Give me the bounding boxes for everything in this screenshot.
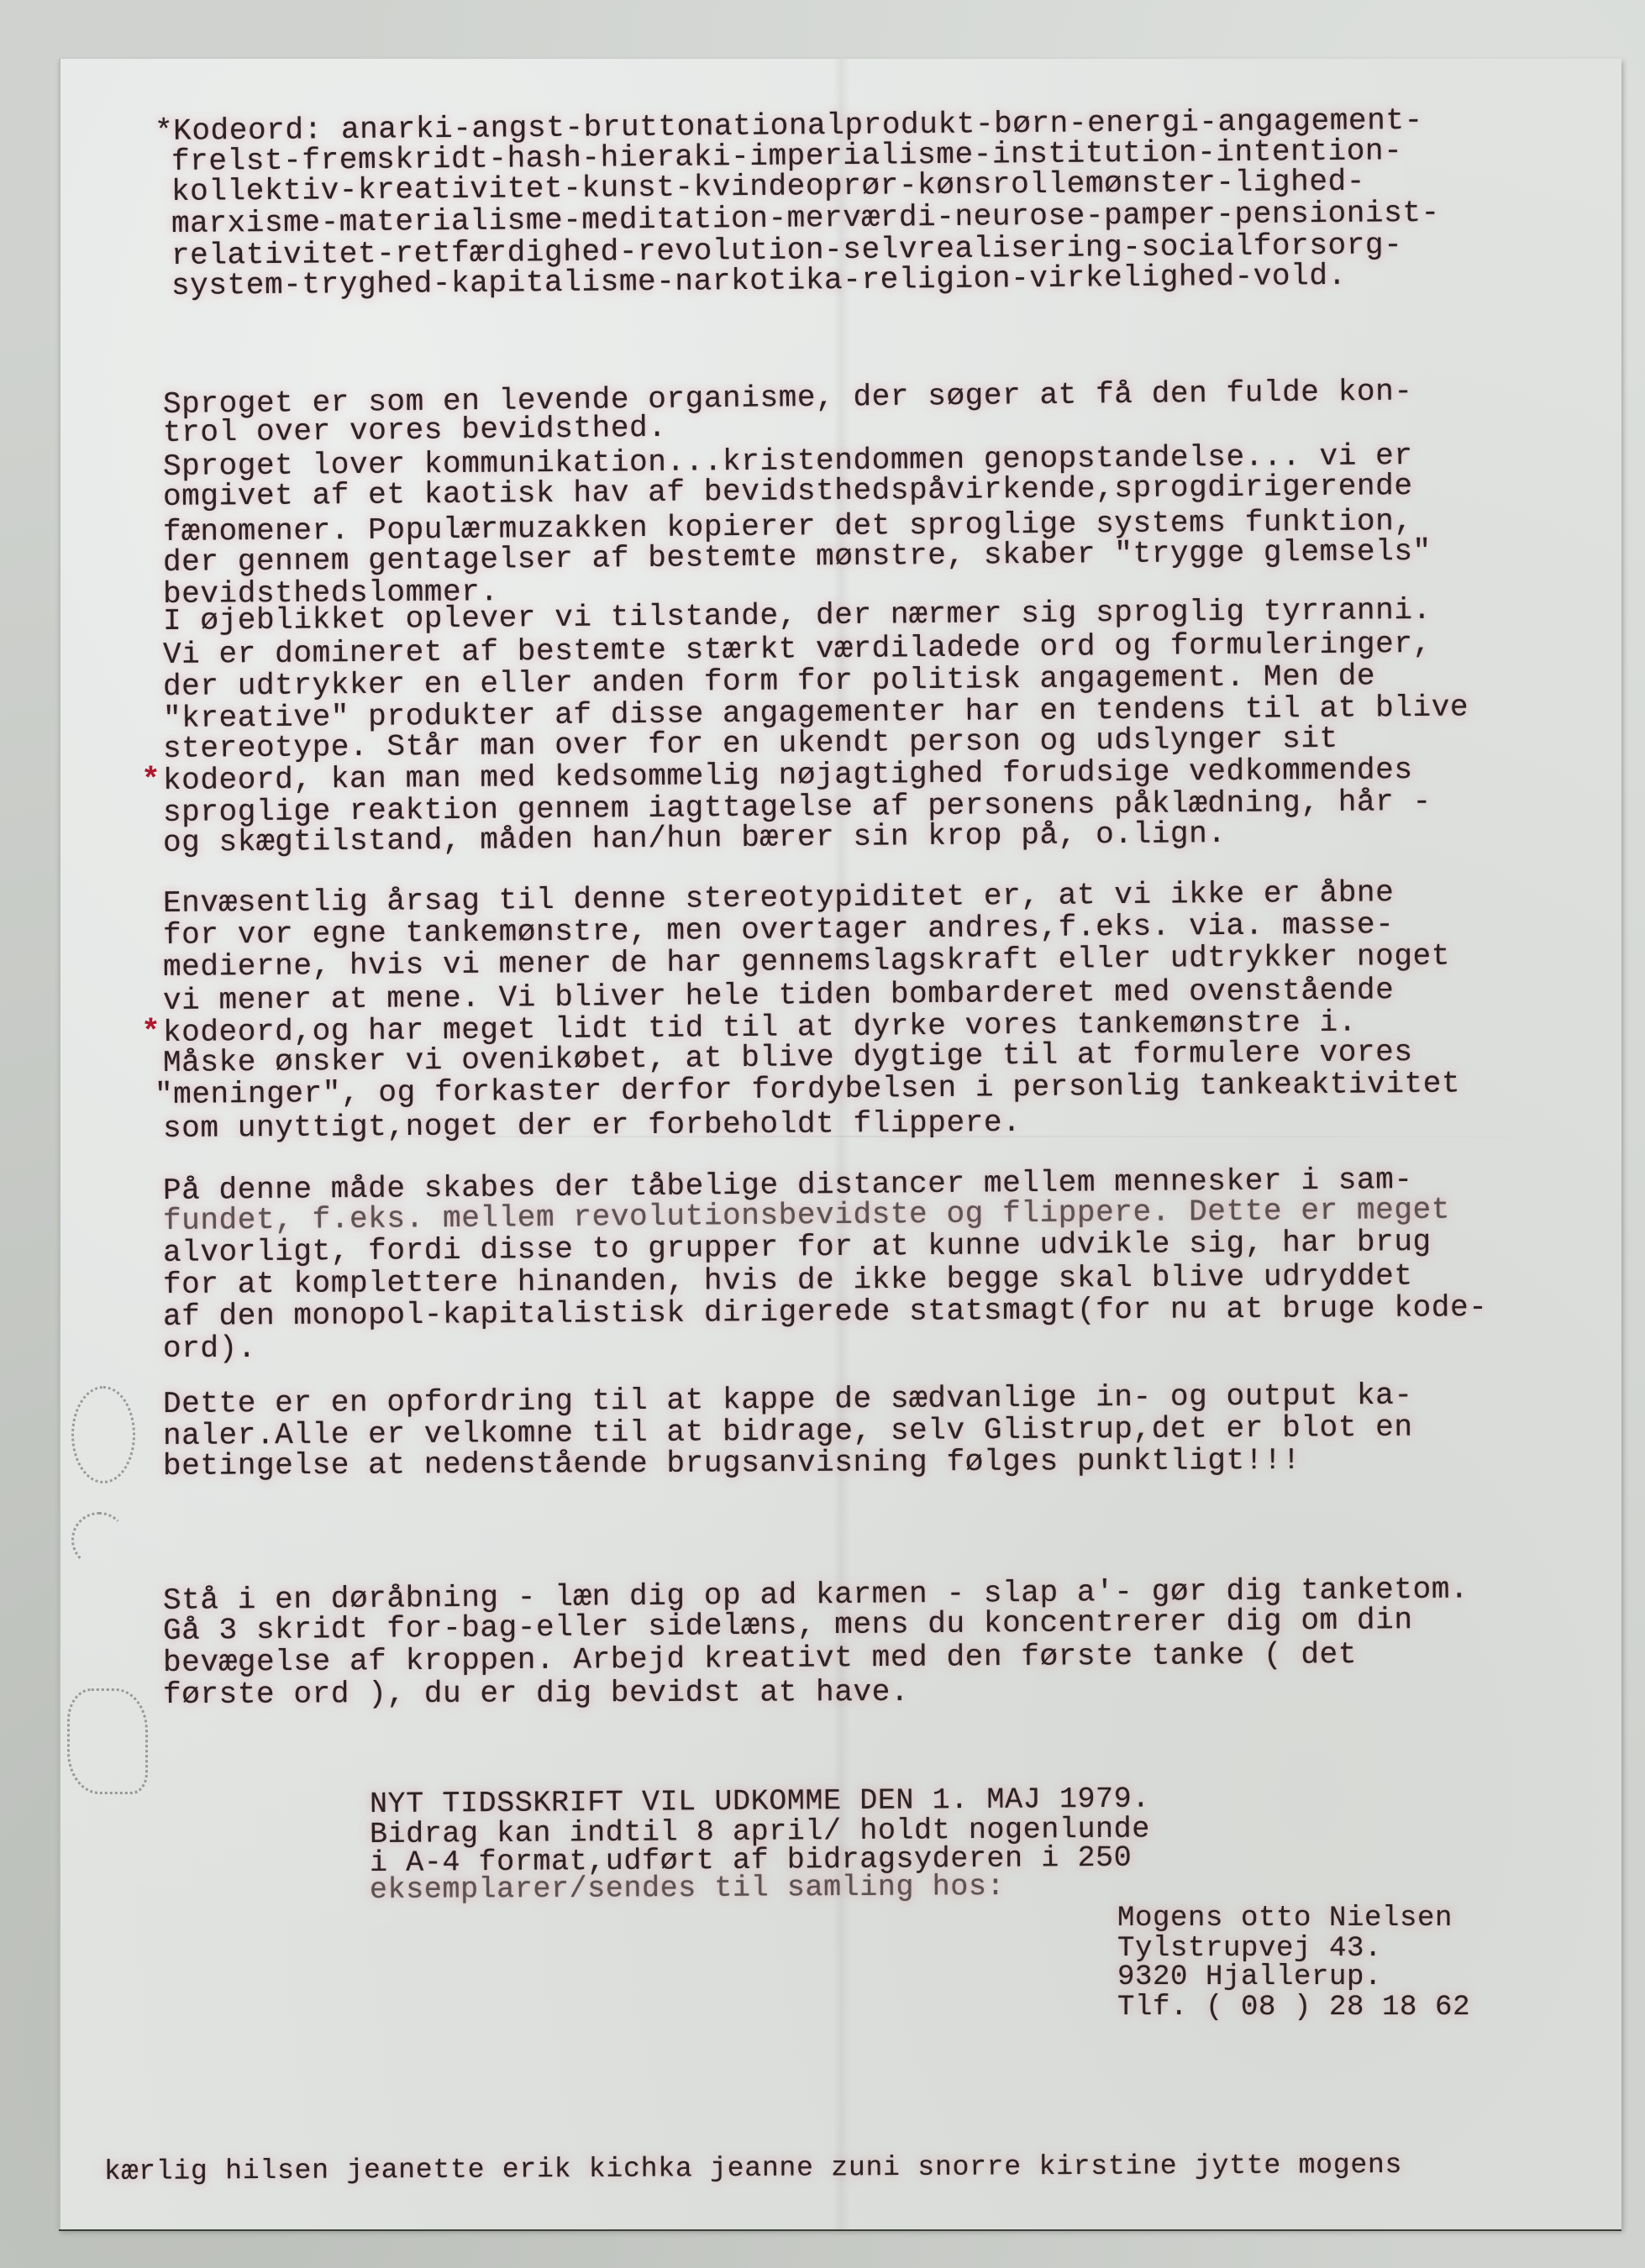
margin-doodle [71,1512,127,1567]
asterisk-mark: * [141,1016,160,1050]
margin-doodle [71,1386,135,1483]
contact-name: Mogens otto Nielsen [1117,1902,1453,1935]
asterisk-mark: * [141,764,160,798]
text-line: som unyttigt,noget der er forbeholdt fli… [163,1106,1022,1146]
text-line: eksemplarer/sendes til samling hos: [370,1870,1005,1907]
contact-phone: Tlf. ( 08 ) 28 18 62 [1117,1991,1470,2024]
text-line: trol over vores bevidsthed. [163,412,667,450]
text-line: første ord ), du er dig bevidst at have. [163,1676,909,1712]
text-line: betingelse at nedenstående brugsanvisnin… [163,1444,1301,1483]
margin-doodle [67,1688,148,1794]
contact-city: 9320 Hjallerup. [1117,1961,1382,1994]
text-line: ord). [163,1332,256,1366]
signature-line: kærlig hilsen jeanette erik kichka jeann… [104,2149,1402,2189]
